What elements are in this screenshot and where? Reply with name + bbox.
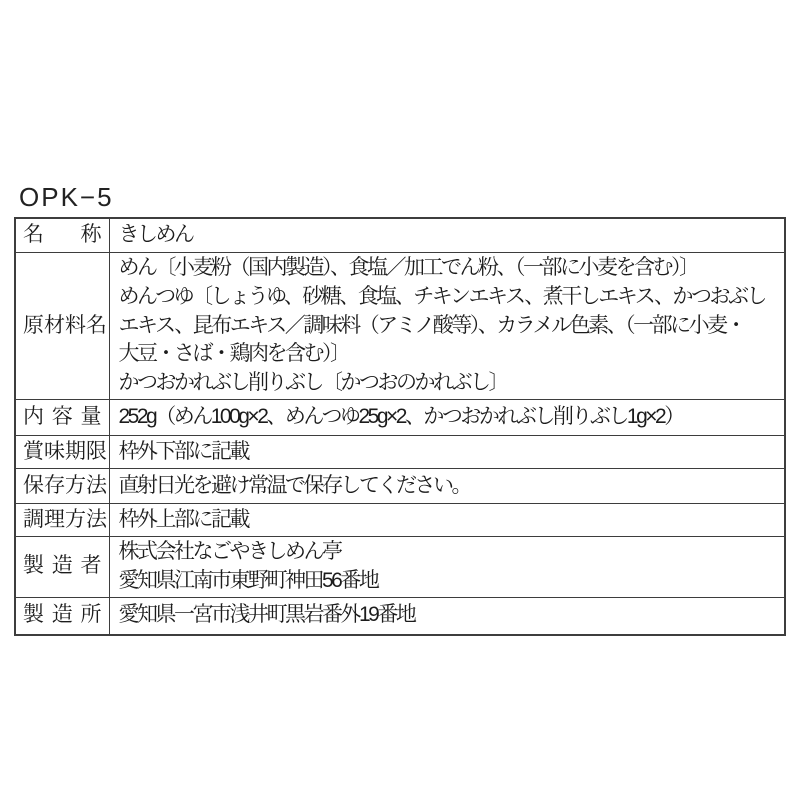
- label-char: 方: [65, 506, 86, 535]
- row-label: 原材料名: [15, 253, 109, 400]
- table-row-net-content: 内容量 252g（めん100g×2、めんつゆ25g×2、かつおかれぶし削りぶし1…: [15, 399, 785, 435]
- table-row-name: 名称 きしめん: [15, 218, 785, 253]
- label-char: 造: [52, 601, 73, 630]
- label-char: 称: [81, 221, 102, 250]
- label-char: 調: [23, 506, 44, 535]
- label-char: 名: [86, 312, 107, 341]
- label-char: 製: [23, 601, 44, 630]
- row-value: 愛知県一宮市浅井町黒岩番外19番地: [109, 597, 785, 635]
- row-label: 賞味期限: [15, 435, 109, 468]
- table-row-factory: 製造所 愛知県一宮市浅井町黒岩番外19番地: [15, 597, 785, 635]
- label-char: 原: [23, 312, 44, 341]
- row-value: 直射日光を避け常温で保存してください。: [109, 468, 785, 503]
- row-label: 製造所: [15, 597, 109, 635]
- row-label-text: 調理方法: [23, 506, 102, 535]
- label-char: 存: [44, 472, 65, 501]
- label-char: 方: [65, 472, 86, 501]
- label-char: 者: [81, 552, 102, 581]
- label-char: 保: [23, 472, 44, 501]
- row-value: 枠外下部に記載: [109, 435, 785, 468]
- label-char: 造: [52, 552, 73, 581]
- label-char: 限: [86, 438, 107, 467]
- label-char: 賞: [23, 438, 44, 467]
- label-char: 料: [65, 312, 86, 341]
- label-sheet: OPK−5 名称 きしめん 原材料名 めん〔小麦粉（国内製造）、食塩／加工でん粉…: [0, 0, 800, 800]
- row-value: めん〔小麦粉（国内製造）、食塩／加工でん粉、（一部に小麦を含む）〕 めんつゆ〔し…: [109, 253, 785, 400]
- row-value: 252g（めん100g×2、めんつゆ25g×2、かつおかれぶし削りぶし1g×2）: [109, 399, 785, 435]
- label-char: 名: [23, 221, 44, 250]
- label-char: 味: [44, 438, 65, 467]
- label-char: 法: [86, 506, 107, 535]
- spec-table: 名称 きしめん 原材料名 めん〔小麦粉（国内製造）、食塩／加工でん粉、（一部に小…: [14, 217, 786, 636]
- row-value: 枠外上部に記載: [109, 503, 785, 536]
- product-code: OPK−5: [19, 182, 114, 213]
- label-char: 期: [65, 438, 86, 467]
- row-label-text: 内容量: [23, 403, 102, 432]
- row-value: きしめん: [109, 218, 785, 253]
- label-char: 理: [44, 506, 65, 535]
- row-label: 製造者: [15, 536, 109, 597]
- table-row-manufacturer: 製造者 株式会社なごやきしめん亭 愛知県江南市東野町神田56番地: [15, 536, 785, 597]
- table-row-best-before: 賞味期限 枠外下部に記載: [15, 435, 785, 468]
- row-label-text: 保存方法: [23, 472, 102, 501]
- row-label-text: 名称: [23, 221, 102, 250]
- row-label: 名称: [15, 218, 109, 253]
- row-label-text: 賞味期限: [23, 438, 102, 467]
- row-label-text: 製造所: [23, 601, 102, 630]
- table-row-storage: 保存方法 直射日光を避け常温で保存してください。: [15, 468, 785, 503]
- label-char: 量: [81, 403, 102, 432]
- label-char: 法: [86, 472, 107, 501]
- table-row-cooking: 調理方法 枠外上部に記載: [15, 503, 785, 536]
- row-value: 株式会社なごやきしめん亭 愛知県江南市東野町神田56番地: [109, 536, 785, 597]
- label-char: 容: [52, 403, 73, 432]
- label-char: 材: [44, 312, 65, 341]
- label-char: 所: [81, 601, 102, 630]
- row-label: 保存方法: [15, 468, 109, 503]
- label-char: 製: [23, 552, 44, 581]
- row-label-text: 製造者: [23, 552, 102, 581]
- row-label-text: 原材料名: [23, 312, 102, 341]
- row-label: 調理方法: [15, 503, 109, 536]
- label-char: 内: [23, 403, 44, 432]
- row-label: 内容量: [15, 399, 109, 435]
- table-row-ingredients: 原材料名 めん〔小麦粉（国内製造）、食塩／加工でん粉、（一部に小麦を含む）〕 め…: [15, 253, 785, 400]
